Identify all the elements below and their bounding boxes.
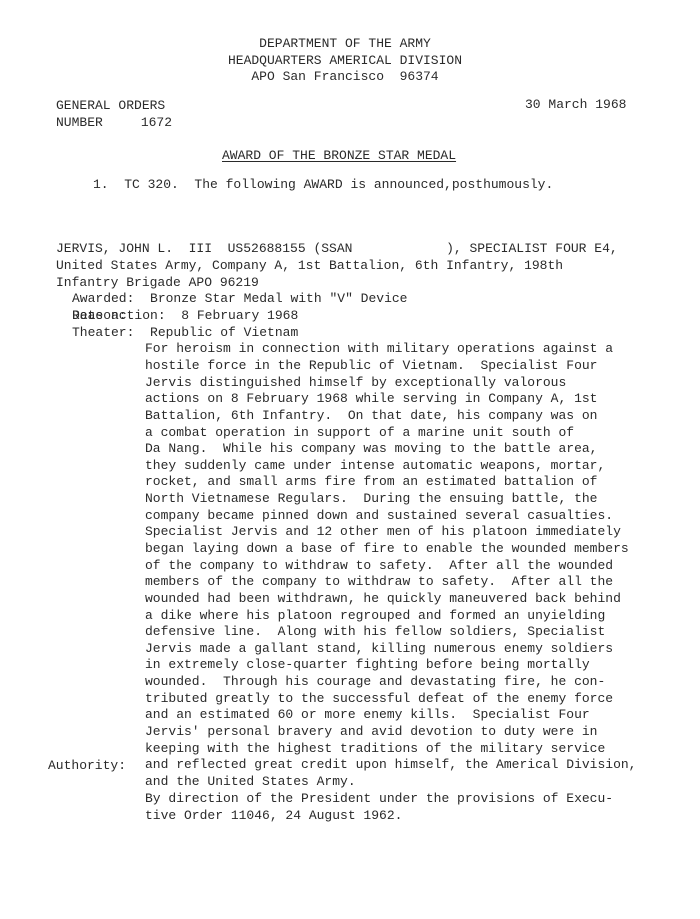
general-orders-label: GENERAL ORDERS: [56, 98, 165, 115]
reason-line: Jervis distinguished himself by exceptio…: [145, 375, 636, 392]
reason-line: For heroism in connection with military …: [145, 341, 636, 358]
authority-line: By direction of the President under the …: [145, 791, 613, 808]
awarded-label: Awarded:: [72, 291, 134, 306]
reason-line: they suddenly came under intense automat…: [145, 458, 636, 475]
reason-text: For heroism in connection with military …: [145, 308, 636, 807]
reason-line: members of the company to withdraw to sa…: [145, 574, 636, 591]
reason-line: Specialist Jervis and 12 other men of hi…: [145, 524, 636, 541]
reason-label: Reason:: [72, 308, 127, 325]
letterhead-headquarters: HEADQUARTERS AMERICAL DIVISION: [0, 53, 690, 70]
reason-line: rocket, and small arms fire from an esti…: [145, 474, 636, 491]
letterhead-department: DEPARTMENT OF THE ARMY: [0, 36, 690, 53]
reason-line: defensive line. Along with his fellow so…: [145, 624, 636, 641]
authority-label: Authority:: [48, 758, 126, 775]
reason-line: North Vietnamese Regulars. During the en…: [145, 491, 636, 508]
order-number-label: NUMBER: [56, 115, 103, 130]
document-title: AWARD OF THE BRONZE STAR MEDAL: [222, 148, 456, 164]
reason-line: actions on 8 February 1968 while serving…: [145, 391, 636, 408]
letterhead-apo: APO San Francisco 96374: [0, 69, 690, 86]
reason-line: and an estimated 60 or more enemy kills.…: [145, 707, 636, 724]
reason-line: Jervis made a gallant stand, killing num…: [145, 641, 636, 658]
awarded-value: Bronze Star Medal with "V" Device: [150, 291, 407, 306]
reason-line: Da Nang. While his company was moving to…: [145, 441, 636, 458]
reason-line: company became pinned down and sustained…: [145, 508, 636, 525]
reason-line: of the company to withdraw to safety. Af…: [145, 558, 636, 575]
reason-line: a combat operation in support of a marin…: [145, 425, 636, 442]
reason-line: a dike where his platoon regrouped and f…: [145, 608, 636, 625]
theater-label: Theater:: [72, 325, 134, 340]
reason-line: began laying down a base of fire to enab…: [145, 541, 636, 558]
authority-line: tive Order 11046, 24 August 1962.: [145, 808, 613, 825]
reason-line: Battalion, 6th Infantry. On that date, h…: [145, 408, 636, 425]
order-date: 30 March 1968: [525, 97, 626, 114]
reason-line: hostile force in the Republic of Vietnam…: [145, 358, 636, 375]
reason-line: keeping with the highest traditions of t…: [145, 741, 636, 758]
order-number-row: NUMBER1672: [56, 115, 172, 132]
announcement-paragraph: 1. TC 320. The following AWARD is announ…: [93, 177, 553, 194]
reason-line: in extremely close-quarter fighting befo…: [145, 657, 636, 674]
reason-line: wounded. Through his courage and devasta…: [145, 674, 636, 691]
order-number: 1672: [141, 115, 172, 130]
recipient-line: JERVIS, JOHN L. III US52688155 (SSAN ), …: [56, 241, 618, 258]
awarded-row: Awarded: Bronze Star Medal with "V" Devi…: [72, 291, 407, 308]
reason-line: Jervis' personal bravery and avid devoti…: [145, 724, 636, 741]
authority-text: By direction of the President under the …: [145, 758, 613, 841]
reason-line: wounded had been withdrawn, he quickly m…: [145, 591, 636, 608]
reason-line: tributed greatly to the successful defea…: [145, 691, 636, 708]
